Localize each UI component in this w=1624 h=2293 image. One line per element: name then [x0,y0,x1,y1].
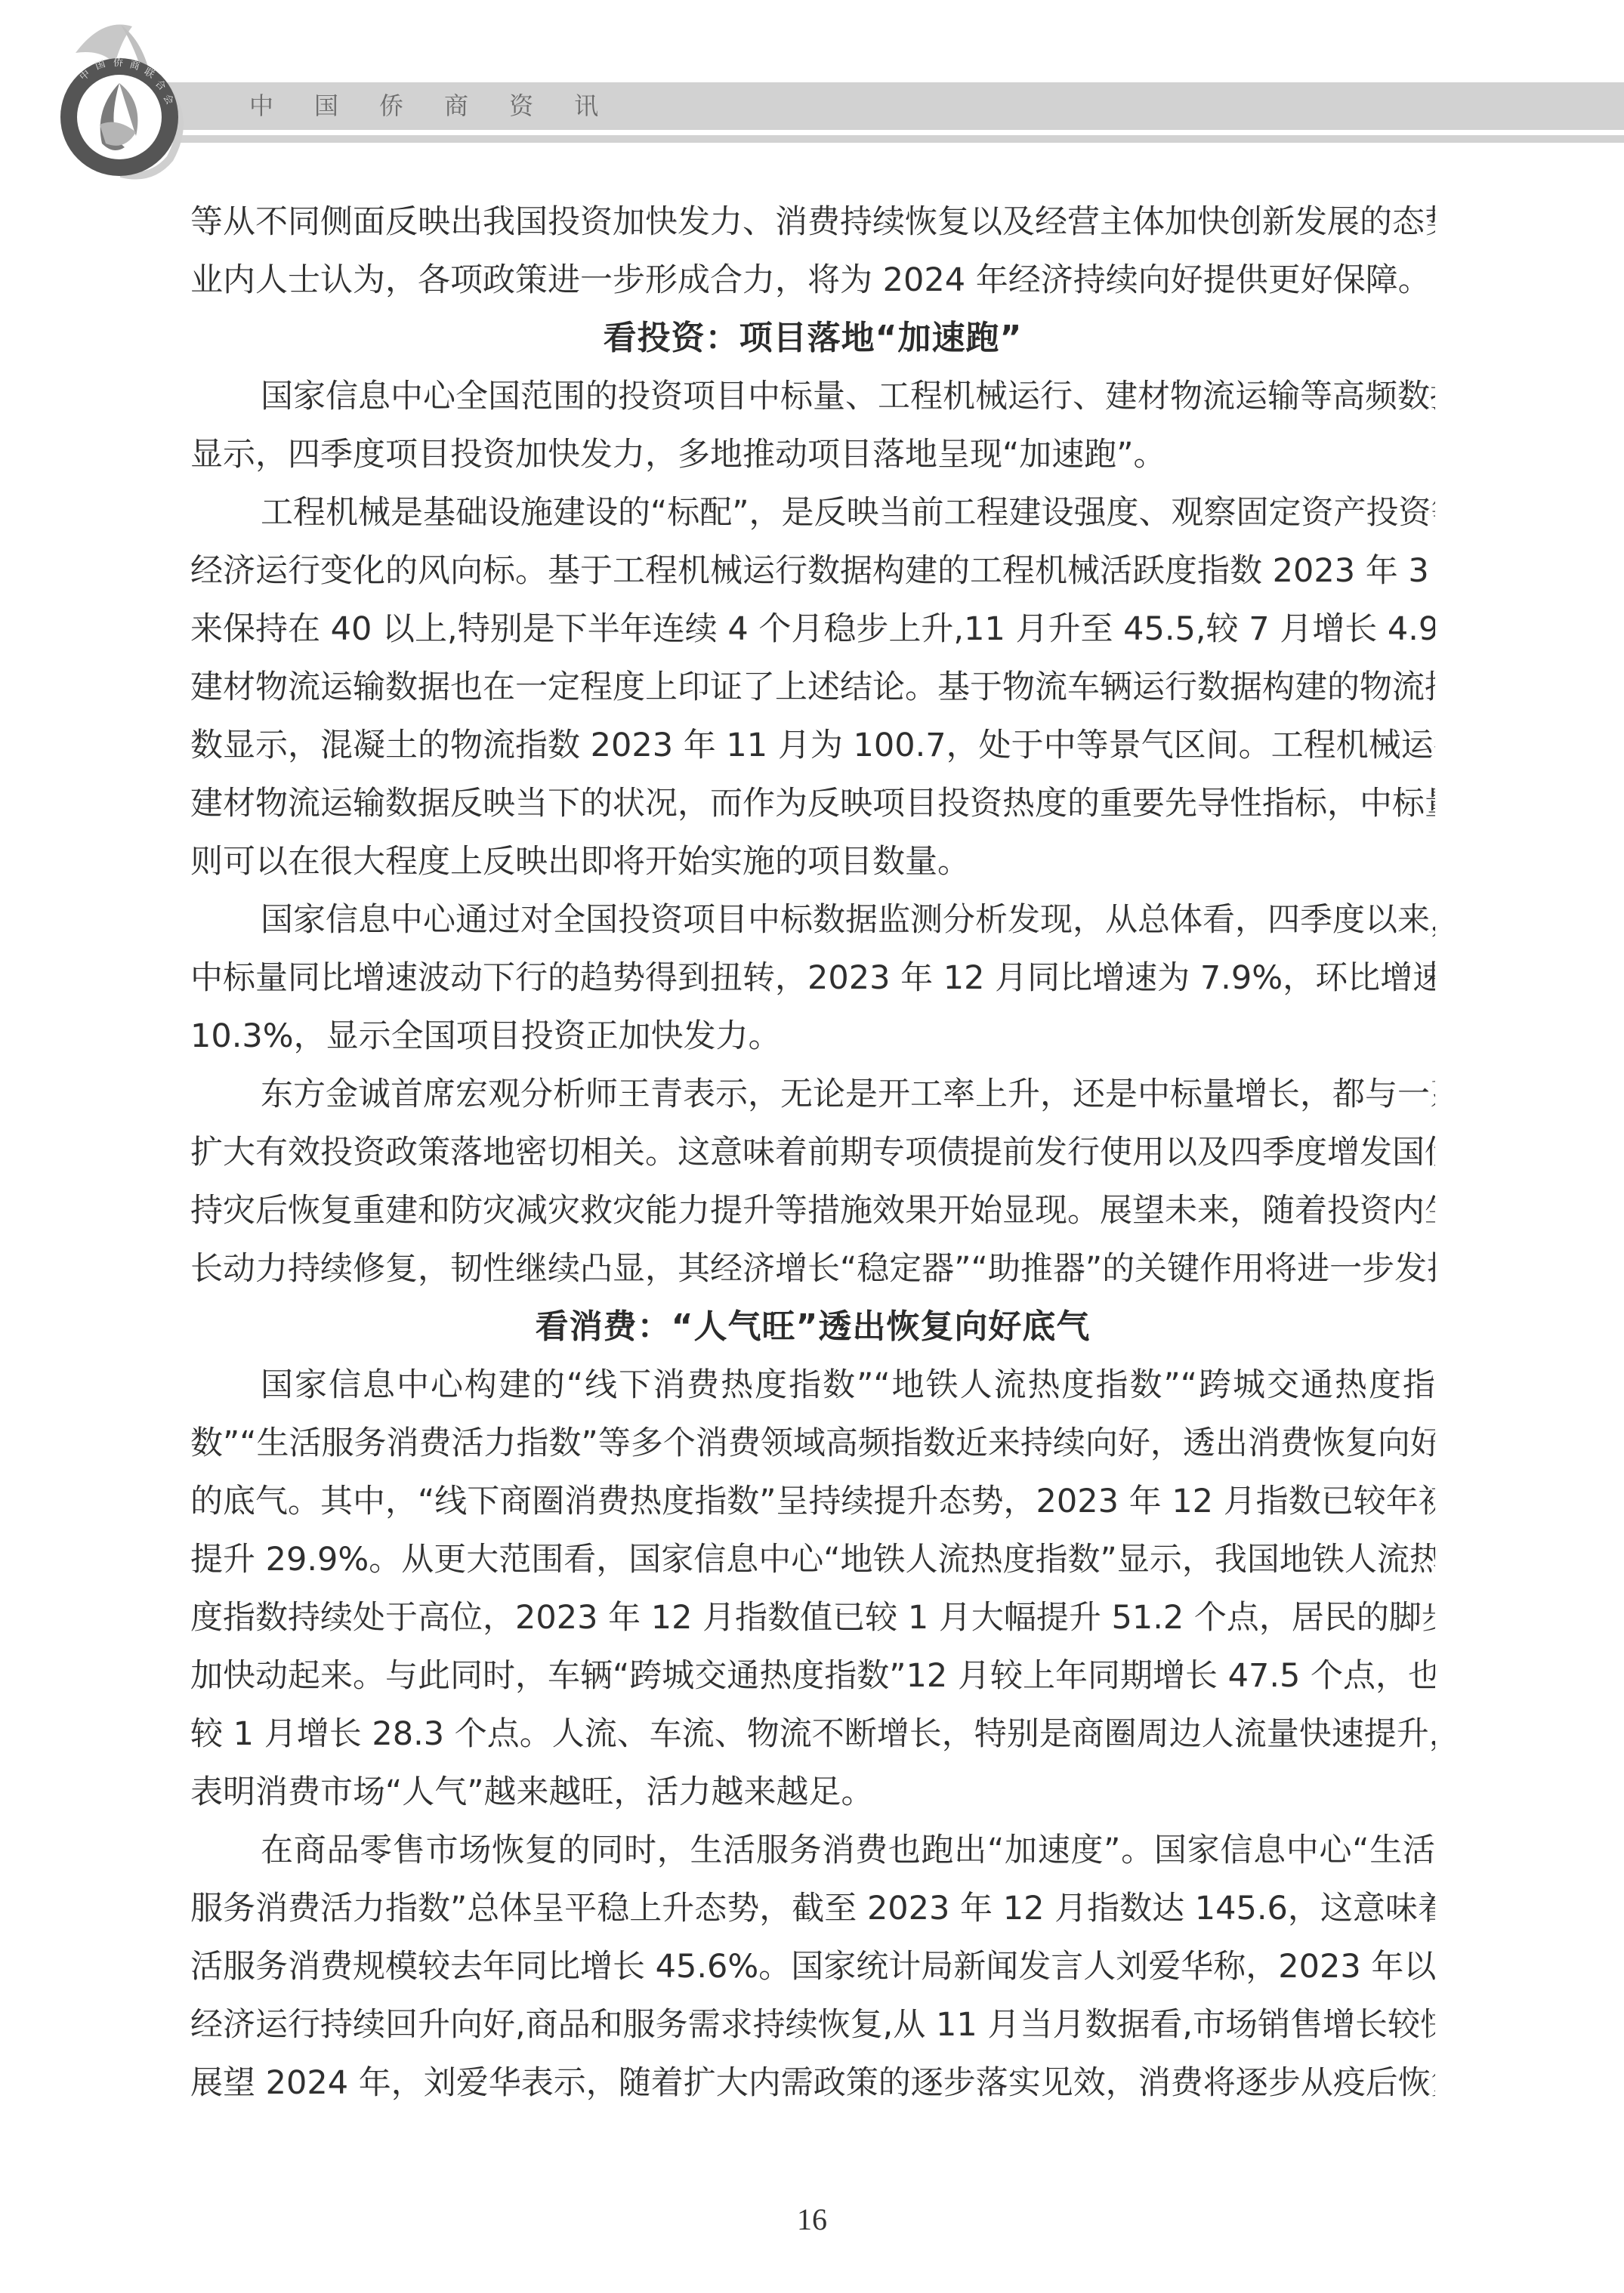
article-body: 等从不同侧面反映出我国投资加快发力、消费持续恢复以及经营主体加快创新发展的态势。… [190,204,1435,2123]
text-line: 中标量同比增速波动下行的趋势得到扭转，2023 年 12 月同比增速为 7.9%… [190,960,1435,1018]
text-line: 国家信息中心构建的“线下消费热度指数”“地铁人流热度指数”“跨城交通热度指 [190,1367,1435,1425]
text-line: 表明消费市场“人气”越来越旺，活力越来越足。 [190,1774,1435,1832]
text-line: 较 1 月增长 28.3 个点。人流、车流、物流不断增长，特别是商圈周边人流量快… [190,1716,1435,1774]
publication-title-char: 中 [249,89,273,122]
page-number: 16 [0,2202,1624,2237]
paragraph: 东方金诚首席宏观分析师王青表示，无论是开工率上升，还是中标量增长，都与一系列 扩… [190,1076,1435,1309]
text-line: 等从不同侧面反映出我国投资加快发力、消费持续恢复以及经营主体加快创新发展的态势。 [190,204,1435,262]
text-line: 国家信息中心通过对全国投资项目中标数据监测分析发现，从总体看，四季度以来， [190,902,1435,960]
header-rule [112,135,1624,143]
publication-title-char: 国 [314,89,338,122]
section-heading-consumption: 看消费：“人气旺”透出恢复向好底气 [190,1309,1435,1367]
text-line: 数”“生活服务消费活力指数”等多个消费领域高频指数近来持续向好，透出消费恢复向好 [190,1425,1435,1483]
text-line: 业内人士认为，各项政策进一步形成合力，将为 2024 年经济持续向好提供更好保障… [190,262,1435,320]
text-line: 国家信息中心全国范围的投资项目中标量、工程机械运行、建材物流运输等高频数据 [190,378,1435,437]
paragraph: 国家信息中心通过对全国投资项目中标数据监测分析发现，从总体看，四季度以来， 中标… [190,902,1435,1076]
publication-title-char: 资 [509,89,533,122]
publication-title: 中 国 侨 商 资 讯 [249,89,598,122]
text-line: 在商品零售市场恢复的同时，生活服务消费也跑出“加速度”。国家信息中心“生活 [190,1832,1435,1890]
text-line: 建材物流运输数据也在一定程度上印证了上述结论。基于物流车辆运行数据构建的物流指 [190,669,1435,727]
text-line: 工程机械是基础设施建设的“标配”，是反映当前工程建设强度、观察固定资产投资等 [190,495,1435,553]
text-line: 度指数持续处于高位，2023 年 12 月指数值已较 1 月大幅提升 51.2 … [190,1600,1435,1658]
paragraph: 国家信息中心全国范围的投资项目中标量、工程机械运行、建材物流运输等高频数据 显示… [190,378,1435,495]
text-line: 活服务消费规模较去年同比增长 45.6%。国家统计局新闻发言人刘爱华称，2023… [190,1949,1435,2007]
text-line: 提升 29.9%。从更大范围看，国家信息中心“地铁人流热度指数”显示，我国地铁人… [190,1542,1435,1600]
text-line: 建材物流运输数据反映当下的状况，而作为反映项目投资热度的重要先导性指标，中标量 [190,785,1435,844]
text-line: 经济运行变化的风向标。基于工程机械运行数据构建的工程机械活跃度指数 2023 年… [190,553,1435,611]
text-line: 东方金诚首席宏观分析师王青表示，无论是开工率上升，还是中标量增长，都与一系列 [190,1076,1435,1134]
intro-paragraph: 等从不同侧面反映出我国投资加快发力、消费持续恢复以及经营主体加快创新发展的态势。… [190,204,1435,320]
publication-title-char: 侨 [379,89,403,122]
text-line: 10.3%，显示全国项目投资正加快发力。 [190,1018,1435,1076]
paragraph: 工程机械是基础设施建设的“标配”，是反映当前工程建设强度、观察固定资产投资等 经… [190,495,1435,902]
text-line: 长动力持续修复，韧性继续凸显，其经济增长“稳定器”“助推器”的关键作用将进一步发… [190,1251,1435,1309]
text-line: 数显示，混凝土的物流指数 2023 年 11 月为 100.7，处于中等景气区间… [190,727,1435,785]
text-line: 展望 2024 年，刘爱华表示，随着扩大内需政策的逐步落实见效，消费将逐步从疫后… [190,2065,1435,2123]
text-line: 加快动起来。与此同时，车辆“跨城交通热度指数”12 月较上年同期增长 47.5 … [190,1658,1435,1716]
section-heading-investment: 看投资：项目落地“加速跑” [190,320,1435,378]
publication-title-char: 讯 [574,89,598,122]
text-line: 经济运行持续回升向好,商品和服务需求持续恢复,从 11 月当月数据看,市场销售增… [190,2007,1435,2065]
svg-text:侨: 侨 [113,57,123,69]
paragraph: 国家信息中心构建的“线下消费热度指数”“地铁人流热度指数”“跨城交通热度指 数”… [190,1367,1435,1832]
paragraph: 在商品零售市场恢复的同时，生活服务消费也跑出“加速度”。国家信息中心“生活 服务… [190,1832,1435,2123]
text-line: 扩大有效投资政策落地密切相关。这意味着前期专项债提前发行使用以及四季度增发国债支 [190,1134,1435,1193]
organization-logo-icon: 中 国 侨 商 联 合 会 [30,11,219,185]
text-line: 服务消费活力指数”总体呈平稳上升态势，截至 2023 年 12 月指数达 145… [190,1890,1435,1949]
text-line: 的底气。其中，“线下商圈消费热度指数”呈持续提升态势，2023 年 12 月指数… [190,1483,1435,1542]
text-line: 则可以在很大程度上反映出即将开始实施的项目数量。 [190,844,1435,902]
text-line: 显示，四季度项目投资加快发力，多地推动项目落地呈现“加速跑”。 [190,437,1435,495]
text-line: 来保持在 40 以上,特别是下半年连续 4 个月稳步上升,11 月升至 45.5… [190,611,1435,669]
text-line: 持灾后恢复重建和防灾减灾救灾能力提升等措施效果开始显现。展望未来，随着投资内生增 [190,1193,1435,1251]
publication-title-char: 商 [444,89,468,122]
